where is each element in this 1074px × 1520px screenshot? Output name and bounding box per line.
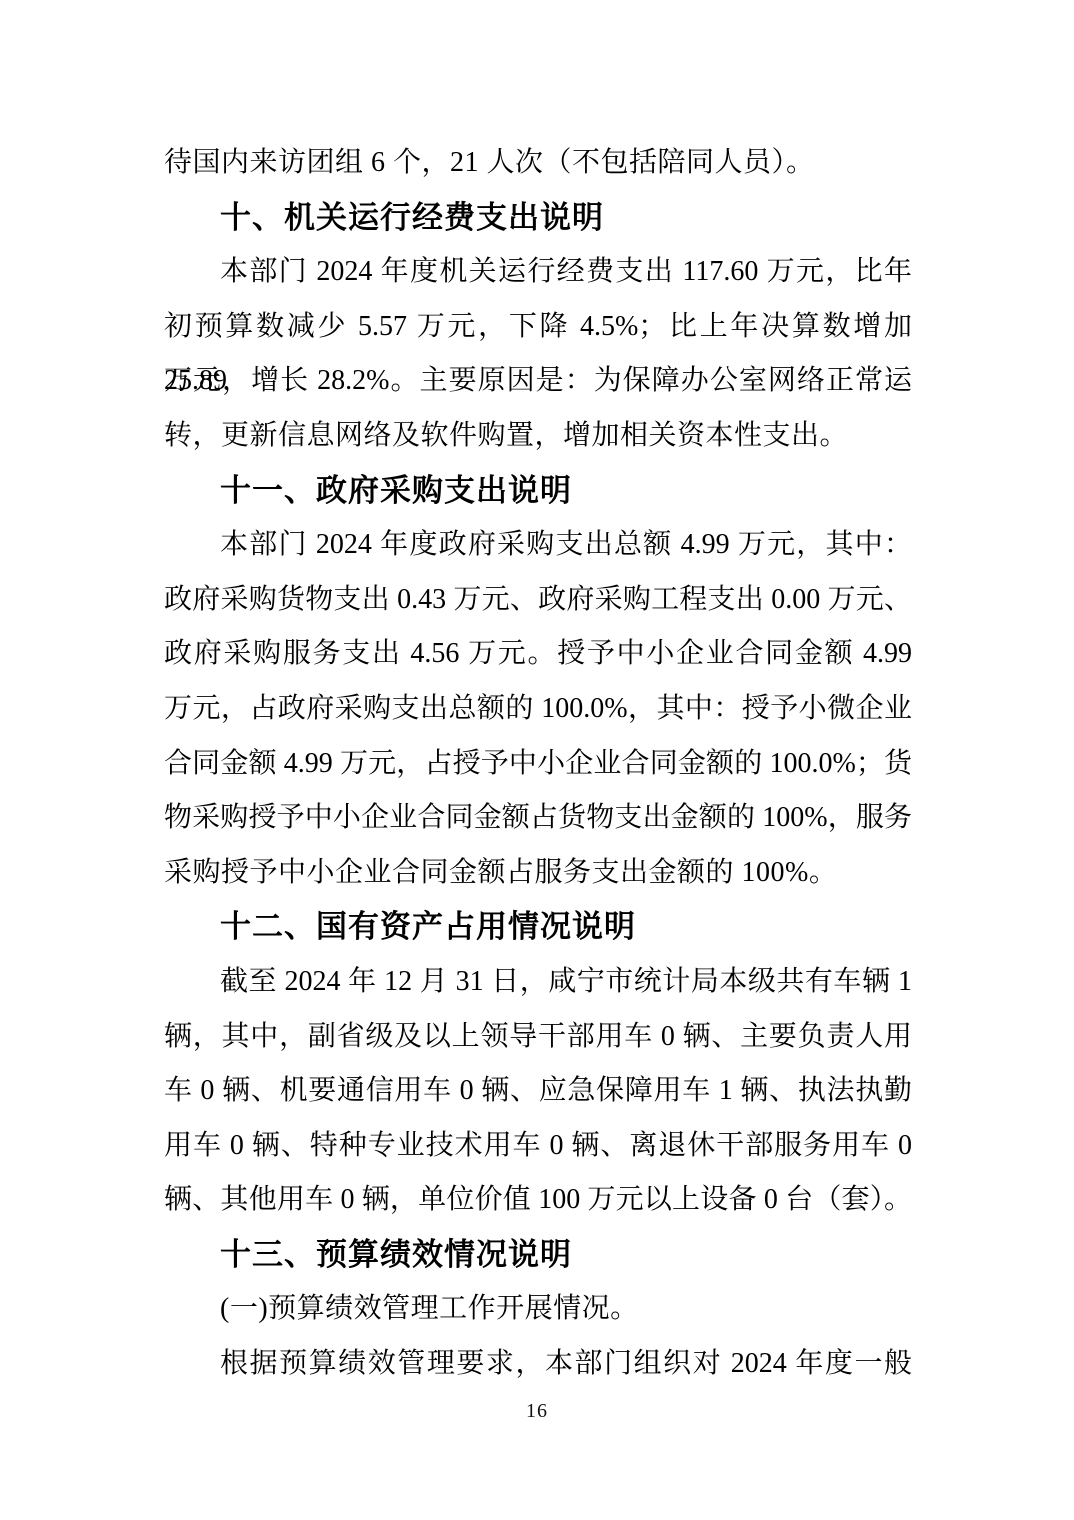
paragraph-line: 政府采购服务支出 4.56 万元。授予中小企业合同金额 4.99 [164,627,912,682]
paragraph-line: 车 0 辆、机要通信用车 0 辆、应急保障用车 1 辆、执法执勤 [164,1064,912,1119]
paragraph-line: 截至 2024 年 12 月 31 日，咸宁市统计局本级共有车辆 1 [164,955,912,1010]
section-heading: 十三、预算绩效情况说明 [164,1228,912,1283]
paragraph-line: 根据预算绩效管理要求，本部门组织对 2024 年度一般 [164,1337,912,1392]
paragraph-line: 初预算数减少 5.57 万元，下降 4.5%；比上年决算数增加 25.89 [164,300,912,355]
paragraph-line: 本部门 2024 年度政府采购支出总额 4.99 万元，其中： [164,518,912,573]
paragraph-line: 政府采购货物支出 0.43 万元、政府采购工程支出 0.00 万元、 [164,573,912,628]
section-heading: 十二、国有资产占用情况说明 [164,900,912,955]
document-page: 待国内来访团组 6 个，21 人次（不包括陪同人员）。十、机关运行经费支出说明本… [0,0,1074,1520]
paragraph-line: 待国内来访团组 6 个，21 人次（不包括陪同人员）。 [164,136,912,191]
paragraph-line: 用车 0 辆、特种专业技术用车 0 辆、离退休干部服务用车 0 [164,1119,912,1174]
paragraph-line: 转，更新信息网络及软件购置，增加相关资本性支出。 [164,409,912,464]
page-number: 16 [0,1400,1074,1423]
paragraph-line: 辆、其他用车 0 辆，单位价值 100 万元以上设备 0 台（套）。 [164,1173,912,1228]
paragraph-line: 辆，其中，副省级及以上领导干部用车 0 辆、主要负责人用 [164,1010,912,1065]
paragraph-line: 物采购授予中小企业合同金额占货物支出金额的 100%，服务 [164,791,912,846]
paragraph-line: 本部门 2024 年度机关运行经费支出 117.60 万元，比年 [164,245,912,300]
paragraph-line: 万元，占政府采购支出总额的 100.0%，其中：授予小微企业 [164,682,912,737]
section-heading: 十一、政府采购支出说明 [164,464,912,519]
section-heading: 十、机关运行经费支出说明 [164,191,912,246]
paragraph-line: 万元，增长 28.2%。主要原因是：为保障办公室网络正常运 [164,354,912,409]
document-body: 待国内来访团组 6 个，21 人次（不包括陪同人员）。十、机关运行经费支出说明本… [164,136,912,1392]
paragraph-line: 采购授予中小企业合同金额占服务支出金额的 100%。 [164,846,912,901]
paragraph-line: (一)预算绩效管理工作开展情况。 [164,1282,912,1337]
paragraph-line: 合同金额 4.99 万元，占授予中小企业合同金额的 100.0%；货 [164,737,912,792]
